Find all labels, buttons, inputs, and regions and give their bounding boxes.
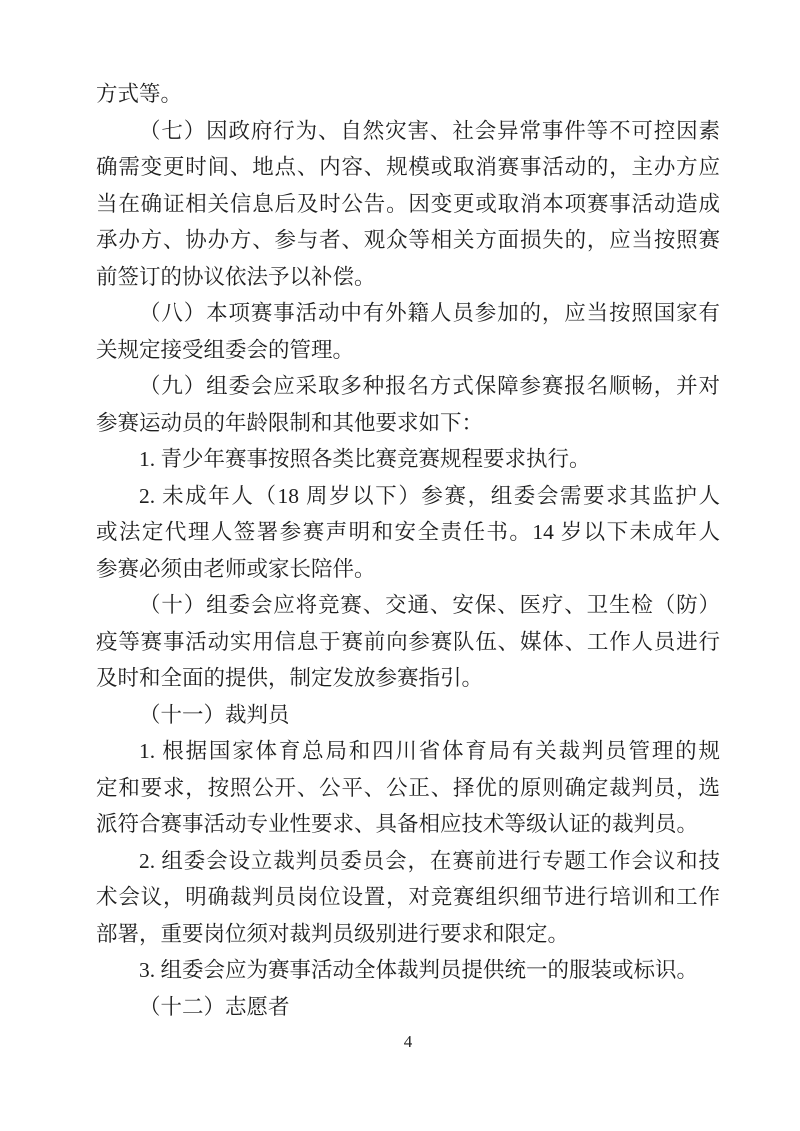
text-line: 1. 青少年赛事按照各类比赛竞赛规程要求执行。: [96, 441, 720, 478]
text-line: （十一）裁判员: [96, 697, 720, 734]
text-line: 1. 根据国家体育总局和四川省体育局有关裁判员管理的规: [96, 733, 720, 770]
text-line: 前签订的协议依法予以补偿。: [96, 259, 720, 296]
text-line: 参赛运动员的年龄限制和其他要求如下：: [96, 405, 720, 442]
text-line: 当在确证相关信息后及时公告。因变更或取消本项赛事活动造成: [96, 186, 720, 223]
text-line: 承办方、协办方、参与者、观众等相关方面损失的，应当按照赛: [96, 222, 720, 259]
text-line: 确需变更时间、地点、内容、规模或取消赛事活动的，主办方应: [96, 149, 720, 186]
document-page: { "doc": { "lines": [ "方式等。", "（七）因政府行为、…: [0, 0, 800, 1131]
text-line: 2. 组委会设立裁判员委员会，在赛前进行专题工作会议和技: [96, 843, 720, 880]
text-line: 派符合赛事活动专业性要求、具备相应技术等级认证的裁判员。: [96, 806, 720, 843]
page-background: 方式等。 （七）因政府行为、自然灾害、社会异常事件等不可控因素 确需变更时间、地…: [0, 0, 800, 1131]
text-line: 术会议，明确裁判员岗位设置，对竞赛组织细节进行培训和工作: [96, 879, 720, 916]
text-line: 方式等。: [96, 76, 720, 113]
text-line: 2. 未成年人（18 周岁以下）参赛，组委会需要求其监护人: [96, 478, 720, 515]
text-line: （十二）志愿者: [96, 989, 720, 1026]
page-number: 4: [96, 1031, 720, 1052]
text-line: （十）组委会应将竞赛、交通、安保、医疗、卫生检（防）: [96, 587, 720, 624]
text-line: （九）组委会应采取多种报名方式保障参赛报名顺畅，并对: [96, 368, 720, 405]
text-line: 关规定接受组委会的管理。: [96, 332, 720, 369]
text-line: （七）因政府行为、自然灾害、社会异常事件等不可控因素: [96, 113, 720, 150]
text-line: 3. 组委会应为赛事活动全体裁判员提供统一的服装或标识。: [96, 952, 720, 989]
text-line: 部署，重要岗位须对裁判员级别进行要求和限定。: [96, 916, 720, 953]
text-line: 疫等赛事活动实用信息于赛前向参赛队伍、媒体、工作人员进行: [96, 624, 720, 661]
document-body: 方式等。 （七）因政府行为、自然灾害、社会异常事件等不可控因素 确需变更时间、地…: [96, 76, 720, 1025]
text-line: 定和要求，按照公开、公平、公正、择优的原则确定裁判员，选: [96, 770, 720, 807]
text-line: 参赛必须由老师或家长陪伴。: [96, 551, 720, 588]
text-line: 及时和全面的提供，制定发放参赛指引。: [96, 660, 720, 697]
text-line: 或法定代理人签署参赛声明和安全责任书。14 岁以下未成年人: [96, 514, 720, 551]
text-line: （八）本项赛事活动中有外籍人员参加的，应当按照国家有: [96, 295, 720, 332]
